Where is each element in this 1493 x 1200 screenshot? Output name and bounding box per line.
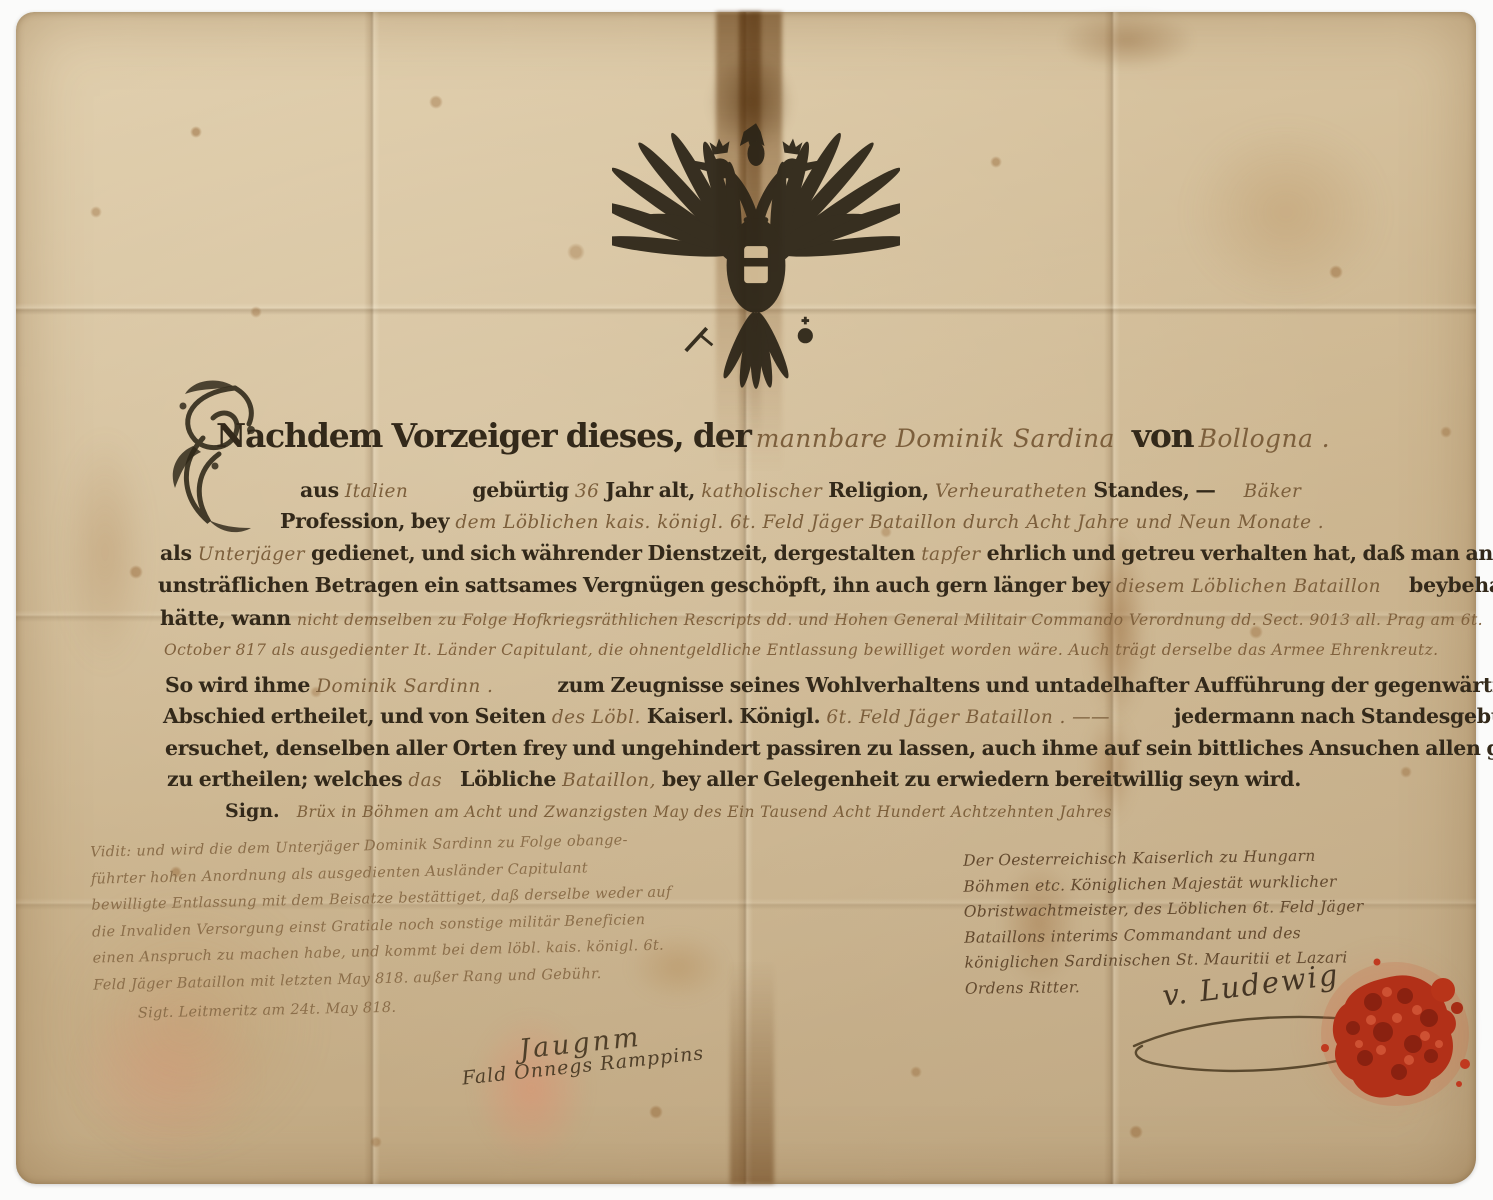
document-line: Abschied ertheilet, und von Seiten des L…	[163, 704, 1493, 728]
document-line: aus Italien gebürtig 36 Jahr alt, kathol…	[300, 478, 1301, 502]
fold-crease-vertical-right	[1104, 12, 1120, 1184]
handwritten-text: diesem Löblichen Bataillon	[1116, 576, 1381, 597]
handwritten-text: Italien	[345, 481, 408, 502]
print-text: ersuchet, denselben aller Orten frey und…	[165, 736, 1493, 760]
handwritten-text: katholischer	[701, 481, 822, 502]
handwritten-text: das	[408, 770, 442, 791]
handwritten-text: Brüx in Böhmen am Acht und Zwanzigsten M…	[297, 803, 1112, 821]
heading-print-text: Nachdem Vorzeiger dieses, der	[216, 416, 751, 455]
handwritten-text: nicht demselben zu Folge Hofkriegsräthli…	[297, 611, 1483, 629]
print-text: beybehalten	[1409, 573, 1493, 597]
print-text: So wird ihme	[165, 673, 310, 697]
stain-left-edge	[62, 432, 148, 672]
double-headed-eagle-emblem	[612, 110, 900, 404]
handwritten-text: Unterjäger	[198, 544, 305, 565]
handwritten-text: Bataillon,	[562, 770, 656, 791]
print-text: Abschied ertheilet, und von Seiten	[163, 704, 546, 728]
print-text: unsträflichen Betragen ein sattsames Ver…	[158, 573, 1110, 597]
handwritten-text: Dominik Sardinn .	[316, 676, 493, 697]
print-text: gebürtig	[472, 478, 569, 502]
document-paper: Nachdem Vorzeiger dieses, der mannbare D…	[16, 12, 1476, 1184]
document-line: zu ertheilen; welches das Löbliche Batai…	[167, 767, 1301, 791]
handwritten-text: Bäker	[1244, 481, 1302, 502]
print-text: zu ertheilen; welches	[167, 767, 402, 791]
print-text: aus	[300, 478, 339, 502]
photo-background: Nachdem Vorzeiger dieses, der mannbare D…	[0, 0, 1493, 1200]
print-text: Religion,	[828, 478, 929, 502]
handwritten-text: dem Löblichen kais. königl. 6t. Feld Jäg…	[455, 512, 1324, 533]
print-text: gedienet, und sich währender Dienstzeit,…	[311, 541, 915, 565]
print-text: hätte, wann	[160, 606, 291, 630]
document-heading: Nachdem Vorzeiger dieses, der mannbare D…	[216, 416, 1330, 455]
print-text: Sign.	[225, 800, 280, 822]
handwritten-text: 6t. Feld Jäger Bataillon . ——	[826, 707, 1109, 728]
print-text: bey aller Gelegenheit zu erwiedern berei…	[662, 767, 1301, 791]
print-text: Jahr alt,	[605, 478, 695, 502]
handwritten-text: Verheuratheten	[935, 481, 1087, 502]
handwritten-text: tapfer	[921, 544, 980, 565]
ornamental-initial-flourish	[163, 376, 271, 540]
red-wax-seal	[1313, 952, 1479, 1118]
print-text: Löbliche	[460, 767, 556, 791]
handwritten-text: 36	[575, 481, 599, 502]
print-text: Profession, bey	[280, 509, 449, 533]
heading-handwritten-name: mannbare Dominik Sardina	[756, 424, 1115, 453]
print-text: zum Zeugnisse seines Wohlverhaltens und …	[557, 673, 1493, 697]
document-line: October 817 als ausgedienter It. Länder …	[164, 636, 1438, 660]
heading-print-von: von	[1132, 416, 1194, 455]
sign-place-date-line: Sign. Brüx in Böhmen am Acht und Zwanzig…	[225, 800, 1112, 822]
document-line: hätte, wann nicht demselben zu Folge Hof…	[160, 606, 1483, 630]
heading-handwritten-place: Bollogna .	[1199, 424, 1330, 453]
document-line: unsträflichen Betragen ein sattsames Ver…	[158, 573, 1493, 597]
stain-faint-blotch-right	[1186, 122, 1386, 302]
handwritten-text: des Löbl.	[552, 707, 641, 728]
document-line: als Unterjäger gedienet, und sich währen…	[160, 541, 1493, 565]
document-line: ersuchet, denselben aller Orten frey und…	[165, 736, 1493, 760]
print-text: ehrlich und getreu verhalten hat, daß ma…	[987, 541, 1493, 565]
left-endorsement-block: Vidit: und wird die dem Unterjäger Domin…	[90, 824, 766, 1028]
handwritten-text: October 817 als ausgedienter It. Länder …	[164, 641, 1438, 659]
print-text: jedermann nach Standesgebühr	[1174, 704, 1493, 728]
document-line: So wird ihme Dominik Sardinn . zum Zeugn…	[165, 673, 1493, 697]
print-text: als	[160, 541, 192, 565]
print-text: Kaiserl. Königl.	[647, 704, 821, 728]
print-text: Standes, —	[1093, 478, 1215, 502]
document-line: Profession, bey dem Löblichen kais. köni…	[280, 509, 1324, 533]
stain-top-right-edge	[1062, 12, 1192, 68]
adjutant-signature: Jaugnm Fald Onnegs Ramppins	[458, 1015, 705, 1089]
